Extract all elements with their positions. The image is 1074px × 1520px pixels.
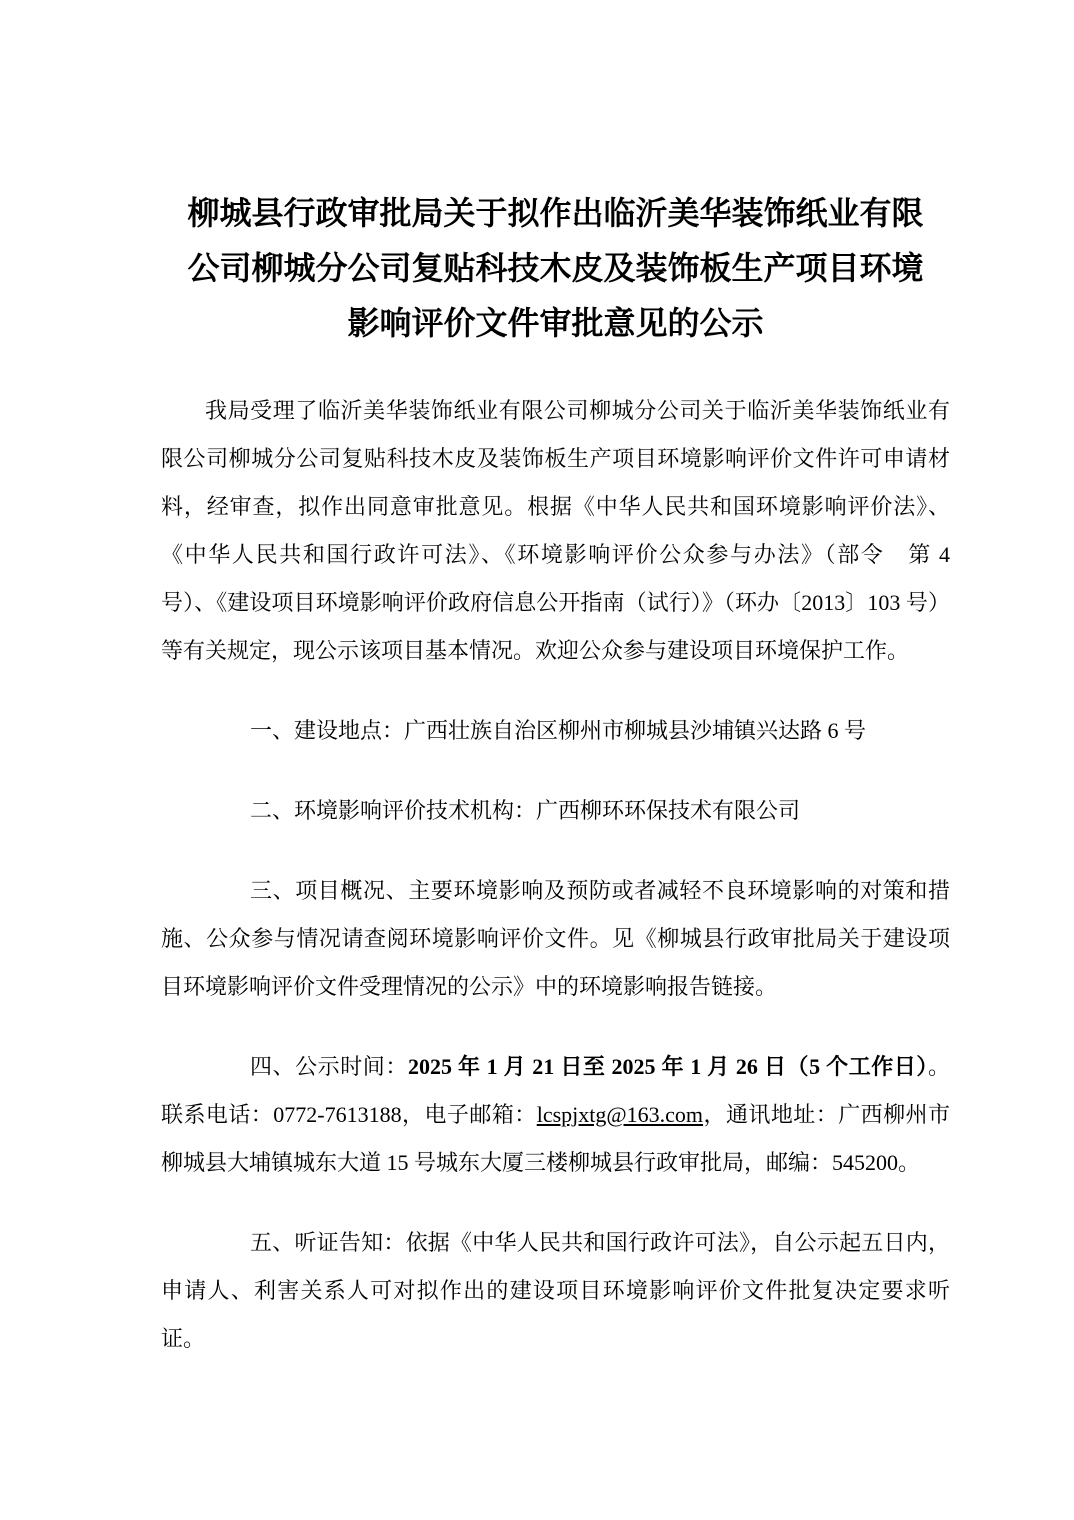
- document-page: 柳城县行政审批局关于拟作出临沂美华装饰纸业有限公司柳城分公司复贴科技木皮及装饰板…: [0, 0, 1074, 1520]
- list-item-construction-location: 一、建设地点：广西壮族自治区柳州市柳城县沙埔镇兴达路 6 号: [161, 707, 950, 755]
- title-line-1: 柳城县行政审批局关于拟作出临沂美华装饰纸业有限: [161, 186, 950, 241]
- list-item-project-overview: 三、项目概况、主要环境影响及预防或者减轻不良环境影响的对策和措施、公众参与情况请…: [161, 867, 950, 1011]
- list-item-eia-agency: 二、环境影响评价技术机构：广西柳环环保技术有限公司: [161, 787, 950, 835]
- title-line-2: 公司柳城分公司复贴科技木皮及装饰板生产项目环境: [161, 241, 950, 296]
- email-link[interactable]: lcspjxtg@163.com: [537, 1102, 703, 1127]
- title-line-3: 影响评价文件审批意见的公示: [161, 296, 950, 351]
- document-title: 柳城县行政审批局关于拟作出临沂美华装饰纸业有限公司柳城分公司复贴科技木皮及装饰板…: [161, 186, 950, 351]
- publicity-dates: 2025 年 1 月 21 日至 2025 年 1 月 26 日（5 个工作日）: [408, 1054, 928, 1079]
- publicity-period-label: 四、公示时间：: [250, 1054, 408, 1079]
- list-item-hearing-notice: 五、听证告知：依据《中华人民共和国行政许可法》，自公示起五日内，申请人、利害关系…: [161, 1219, 950, 1363]
- list-item-publicity-period: 四、公示时间：2025 年 1 月 21 日至 2025 年 1 月 26 日（…: [161, 1043, 950, 1187]
- intro-paragraph: 我局受理了临沂美华装饰纸业有限公司柳城分公司关于临沂美华装饰纸业有限公司柳城分公…: [161, 387, 950, 675]
